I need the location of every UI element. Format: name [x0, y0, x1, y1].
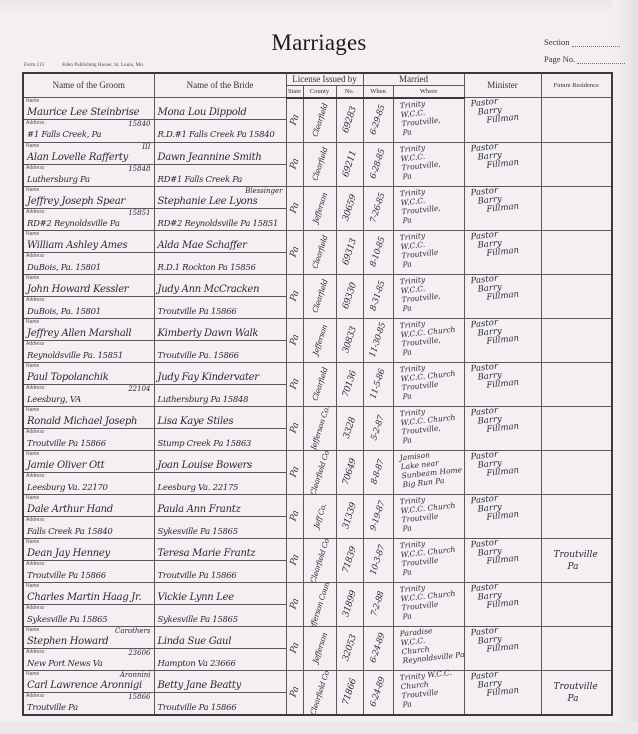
groom-cell: Name Jamie Oliver Ott Address Leesburg V…	[23, 450, 154, 494]
marriage-place: TrinityW.C.C. ChurchTroutvillePa	[394, 355, 468, 405]
groom-address: Sykesville Pa 15865	[27, 615, 107, 625]
address-label: Address	[26, 297, 44, 303]
bride-address: Sykesville Pa 15865	[158, 615, 238, 625]
table-row: Name John Howard Kessler Address DuBois,…	[23, 274, 612, 318]
future-residence	[542, 187, 612, 197]
license-number: 70136	[341, 370, 359, 399]
groom-name: Stephen Howard	[27, 636, 108, 647]
when-cell: 9-19-87	[363, 494, 393, 538]
bride-name: Judy Ann McCracken	[158, 284, 260, 295]
bride-name: Lisa Kaye Stiles	[158, 416, 234, 427]
county-cell: Clearfield	[303, 142, 336, 186]
state-cell: Pa	[286, 406, 303, 450]
minister-name: PastorBarryFillman	[465, 487, 545, 538]
future-residence	[542, 495, 612, 505]
county-cell: Clearfield	[303, 362, 336, 406]
address-label: Address	[26, 693, 44, 699]
future-residence	[542, 231, 612, 241]
marriage-place: TrinityW.C.C. ChurchTroutville,Pa	[394, 311, 468, 361]
groom-address: Falls Creek Pa 15840	[27, 527, 113, 537]
address-label: Address	[26, 517, 44, 523]
groom-cell: Name John Howard Kessler Address DuBois,…	[23, 274, 154, 318]
marriage-date: 6-29-85	[369, 104, 388, 136]
name-label: Name	[26, 539, 39, 545]
groom-name: Alan Lovelle Rafferty	[27, 152, 128, 163]
license-county: Clearfield	[310, 278, 329, 314]
groom-address-note: 22104	[128, 385, 150, 393]
future-residence-line: Troutville	[554, 549, 612, 561]
bride-address: Troutville Pa 15866	[158, 571, 237, 581]
groom-cell: Name Dale Arthur Hand Address Falls Cree…	[23, 494, 154, 538]
license-number-cell: 69283	[336, 98, 363, 143]
minister-name: PastorBarryFillman	[465, 531, 545, 582]
state-cell: Pa	[286, 362, 303, 406]
groom-address: DuBois, Pa. 15801	[27, 263, 101, 273]
marriage-date: 7-2-88	[369, 590, 386, 617]
where-cell: TrinityW.C.C.TroutvillePa	[393, 230, 464, 274]
marriage-place: TrinityW.C.C.Troutville,Pa	[394, 179, 468, 229]
bride-cell: Judy Fay Kindervater Luthersburg Pa 1584…	[154, 362, 286, 406]
bride-address: R.D.1 Rockton Pa 15856	[158, 263, 256, 273]
bride-address: RD#1 Falls Creek Pa	[158, 175, 243, 185]
marriage-date: 10-3-87	[369, 544, 388, 576]
license-state: Pa	[288, 289, 301, 302]
license-state: Pa	[288, 597, 301, 610]
county-cell: Jefferson Co.	[303, 406, 336, 450]
groom-name: Dale Arthur Hand	[27, 504, 113, 515]
county-cell: Jefferson	[303, 186, 336, 230]
header-license: License Issued by	[286, 73, 363, 86]
groom-cell: Name Jeffrey Allen Marshall Address Reyn…	[23, 318, 154, 362]
license-state: Pa	[288, 509, 301, 522]
license-county: Jefferson	[310, 192, 328, 225]
marriage-place: TrinityW.C.C. ChurchTroutvillePa	[394, 531, 468, 581]
table-row: Name Jamie Oliver Ott Address Leesburg V…	[23, 450, 612, 494]
license-county: Jeff Co.	[311, 502, 327, 529]
license-county: Jefferson Co.	[308, 407, 331, 450]
name-label: Name	[26, 187, 39, 193]
groom-name: Ronald Michael Joseph	[27, 416, 137, 427]
license-state: Pa	[288, 641, 301, 654]
license-state: Pa	[288, 465, 301, 478]
marriage-date: 11-30-85	[368, 321, 389, 358]
license-county: Jefferson County	[306, 583, 333, 626]
county-cell: Jeff Co.	[303, 494, 336, 538]
scanner-background	[0, 722, 638, 734]
bride-cell: Kimberly Dawn Walk Troutville Pa. 15866	[154, 318, 286, 362]
marriage-register-table: Name of the Groom Name of the Bride Lice…	[22, 72, 613, 716]
bride-cell: Judy Ann McCracken Troutville Pa 15866	[154, 274, 286, 318]
table-row: Name Charles Martin Haag Jr. Address Syk…	[23, 582, 612, 626]
groom-address-note: 15851	[128, 209, 150, 217]
table-row: Name Dale Arthur Hand Address Falls Cree…	[23, 494, 612, 538]
license-county: Clearfield	[310, 234, 329, 270]
where-cell: TrinityW.C.C.Troutville,Pa	[393, 142, 464, 186]
license-county: Clearfield	[310, 366, 329, 402]
groom-address: Troutville Pa	[27, 703, 78, 713]
when-cell: 6-29-85	[363, 98, 393, 143]
marriage-date: 6-24-89	[369, 632, 388, 664]
name-label: Name	[26, 98, 39, 104]
license-state: Pa	[288, 201, 301, 214]
license-number: 3328	[341, 416, 357, 440]
license-county: Clearfield Co.	[308, 451, 331, 494]
groom-cell: Name III Alan Lovelle Rafferty Address 1…	[23, 142, 154, 186]
groom-name-note: Carothers	[115, 627, 151, 635]
where-cell: TrinityW.C.C. ChurchTroutvillePa	[393, 582, 464, 626]
groom-name: John Howard Kessler	[27, 284, 128, 295]
license-state: Pa	[288, 333, 301, 346]
page-number-blank	[577, 55, 625, 64]
groom-cell: Name Aronnini Carl Lawrence Aronnigi Add…	[23, 670, 154, 715]
address-label: Address	[26, 165, 44, 171]
bride-address: Troutville Pa 15866	[158, 307, 237, 317]
county-cell: Jefferson County	[303, 582, 336, 626]
license-number-cell: 31899	[336, 582, 363, 626]
name-label: Name	[26, 407, 39, 413]
license-number: 71839	[341, 546, 359, 575]
county-cell: Clearfield	[303, 230, 336, 274]
minister-name: PastorBarryFillman	[465, 311, 545, 362]
bride-name-note: Blessinger	[245, 187, 282, 195]
bride-name: Paula Ann Frantz	[158, 504, 241, 515]
bride-name: Alda Mae Schaffer	[158, 240, 247, 251]
table-row: Name Paul Topolanchik Address 22104 Lees…	[23, 362, 612, 406]
name-label: Name	[26, 143, 39, 149]
license-number: 70649	[341, 458, 359, 487]
future-residence-line: Pa	[554, 693, 612, 705]
license-number: 69283	[341, 106, 359, 135]
table-row: Name Jeffrey Joseph Spear Address 15851 …	[23, 186, 612, 230]
marriage-place: TrinityW.C.C. ChurchTroutvillePa	[394, 487, 468, 537]
license-number-cell: 69211	[336, 142, 363, 186]
marriage-date: 8-8-87	[369, 458, 386, 485]
minister-name: PastorBarryFillman	[465, 663, 545, 714]
state-cell: Pa	[286, 186, 303, 230]
license-number: 69211	[341, 150, 359, 179]
future-residence-cell	[541, 626, 612, 670]
bride-address: Sykesville Pa 15865	[158, 527, 238, 537]
county-cell: Clearfield Co.	[303, 450, 336, 494]
groom-name: William Ashley Ames	[27, 240, 127, 251]
marriage-place: TrinityW.C.C. ChurchTroutville,Pa	[394, 399, 468, 449]
license-number: 31899	[341, 590, 359, 619]
bride-name: Joan Louise Bowers	[158, 460, 253, 471]
groom-name: Maurice Lee Steinbrise	[27, 107, 139, 118]
groom-address-note: 15840	[128, 120, 150, 128]
form-number: Form 115	[24, 63, 44, 68]
when-cell: 6-24-89	[363, 626, 393, 670]
license-county: Clearfield Co.	[308, 539, 331, 582]
header-bride: Name of the Bride	[154, 73, 286, 98]
license-number: 30659	[341, 194, 359, 223]
license-number-cell: 71866	[336, 670, 363, 715]
license-number: 32053	[341, 634, 359, 663]
form-imprint: Form 115Eden Publishing House, St. Louis…	[24, 63, 162, 68]
future-residence-cell: TroutvillePa	[541, 670, 612, 715]
marriage-place: TrinityW.C.C.Troutville,Pa	[394, 91, 468, 141]
future-residence-cell	[541, 274, 612, 318]
bride-cell: Alda Mae Schaffer R.D.1 Rockton Pa 15856	[154, 230, 286, 274]
future-residence	[542, 143, 612, 153]
license-state: Pa	[288, 553, 301, 566]
when-cell: 6-28-85	[363, 142, 393, 186]
future-residence	[542, 451, 612, 461]
bride-cell: Joan Louise Bowers Leesburg Va. 22175	[154, 450, 286, 494]
groom-cell: Name Paul Topolanchik Address 22104 Lees…	[23, 362, 154, 406]
future-residence-line: Pa	[554, 561, 612, 573]
bride-cell: Linda Sue Gaul Hampton Va 23666	[154, 626, 286, 670]
minister-name: PastorBarryFillman	[465, 355, 545, 406]
marriage-date: 11-5-86	[369, 368, 388, 400]
groom-address: Troutville Pa 15866	[27, 571, 106, 581]
bride-name: Kimberly Dawn Walk	[158, 328, 259, 339]
groom-cell: Name Dean Jay Henney Address Troutville …	[23, 538, 154, 582]
future-residence-cell	[541, 98, 612, 143]
name-label: Name	[26, 363, 39, 369]
when-cell: 11-30-85	[363, 318, 393, 362]
header-future-residence: Future Residence	[541, 73, 612, 98]
license-state: Pa	[288, 421, 301, 434]
table-row: Name Jeffrey Allen Marshall Address Reyn…	[23, 318, 612, 362]
future-residence	[542, 363, 612, 373]
page-shadow	[612, 0, 638, 734]
county-cell: Jefferson	[303, 318, 336, 362]
marriage-date: 6-28-85	[369, 148, 388, 180]
license-county: Jefferson	[310, 632, 328, 665]
groom-cell: Name Charles Martin Haag Jr. Address Syk…	[23, 582, 154, 626]
county-cell: Clearfield Co.	[303, 670, 336, 715]
name-label: Name	[26, 319, 39, 325]
license-number: 69330	[341, 282, 359, 311]
state-cell: Pa	[286, 230, 303, 274]
section-field: Section	[544, 37, 636, 47]
groom-cell: Name Carothers Stephen Howard Address 23…	[23, 626, 154, 670]
state-cell: Pa	[286, 582, 303, 626]
table-row: Name William Ashley Ames Address DuBois,…	[23, 230, 612, 274]
bride-address: Stump Creek Pa 15863	[158, 439, 252, 449]
when-cell: 8-31-85	[363, 274, 393, 318]
address-label: Address	[26, 429, 44, 435]
address-label: Address	[26, 209, 44, 215]
groom-address: RD#2 Reynoldsville Pa	[27, 219, 120, 229]
page-number-label: Page No.	[544, 54, 575, 64]
bride-address: Leesburg Va. 22175	[158, 483, 239, 493]
name-label: Name	[26, 495, 39, 501]
license-number: 71866	[341, 678, 359, 707]
license-number-cell: 70136	[336, 362, 363, 406]
records-body: Name Maurice Lee Steinbrise Address 1584…	[23, 98, 612, 715]
address-label: Address	[26, 253, 44, 259]
license-number-cell: 71839	[336, 538, 363, 582]
future-residence-cell: TroutvillePa	[541, 538, 612, 582]
license-number-cell: 32053	[336, 626, 363, 670]
state-cell: Pa	[286, 98, 303, 143]
future-residence-cell	[541, 186, 612, 230]
marriage-date: 8-10-85	[369, 236, 388, 268]
license-state: Pa	[288, 245, 301, 258]
future-residence-cell	[541, 494, 612, 538]
marriage-date: 9-19-87	[369, 500, 388, 532]
license-county: Clearfield Co.	[308, 671, 331, 714]
groom-cell: Name William Ashley Ames Address DuBois,…	[23, 230, 154, 274]
license-county: Jefferson	[310, 324, 328, 357]
county-cell: Clearfield Co.	[303, 538, 336, 582]
marriage-place: TrinityW.C.C. ChurchTroutvillePa	[394, 575, 468, 625]
groom-name-note: III	[142, 143, 150, 151]
bride-name: Betty Jane Beatty	[158, 680, 241, 691]
where-cell: TrinityW.C.C. ChurchTroutvillePa	[393, 538, 464, 582]
state-cell: Pa	[286, 450, 303, 494]
marriage-date: 8-31-85	[369, 280, 388, 312]
future-residence: TroutvillePa	[542, 539, 612, 573]
state-cell: Pa	[286, 626, 303, 670]
minister-name: PastorBarryFillman	[465, 90, 545, 141]
where-cell: TrinityW.C.C. ChurchTroutvillePa	[393, 494, 464, 538]
when-cell: 6-24-89	[363, 670, 393, 715]
bride-address: Hampton Va 23666	[158, 659, 236, 669]
marriage-place: TrinityW.C.C.Troutville,Pa	[394, 135, 468, 185]
groom-address: Leesburg, VA	[27, 395, 81, 405]
groom-name: Jeffrey Allen Marshall	[27, 328, 131, 339]
future-residence-cell	[541, 230, 612, 274]
license-number-cell: 30833	[336, 318, 363, 362]
table-row: Name Maurice Lee Steinbrise Address 1584…	[23, 98, 612, 143]
name-label: Name	[26, 583, 39, 589]
groom-name-note: Aronnini	[120, 671, 151, 679]
bride-cell: Teresa Marie Frantz Troutville Pa 15866	[154, 538, 286, 582]
bride-address: Troutville Pa. 15866	[158, 351, 239, 361]
section-label: Section	[544, 37, 570, 47]
state-cell: Pa	[286, 538, 303, 582]
where-cell: TrinityW.C.C.Troutville,Pa	[393, 98, 464, 143]
when-cell: 10-3-87	[363, 538, 393, 582]
table-row: Name III Alan Lovelle Rafferty Address 1…	[23, 142, 612, 186]
state-cell: Pa	[286, 274, 303, 318]
county-cell: Jefferson	[303, 626, 336, 670]
license-state: Pa	[288, 113, 301, 126]
bride-name: Stephanie Lee Lyons	[158, 196, 258, 207]
when-cell: 11-5-86	[363, 362, 393, 406]
bride-cell: Betty Jane Beatty Troutville Pa 15866	[154, 670, 286, 715]
where-cell: TrinityW.C.C.Troutville,Pa	[393, 186, 464, 230]
bride-cell: Blessinger Stephanie Lee Lyons RD#2 Reyn…	[154, 186, 286, 230]
groom-name: Carl Lawrence Aronnigi	[27, 680, 142, 691]
where-cell: TrinityW.C.C. ChurchTroutville,Pa	[393, 406, 464, 450]
name-label: Name	[26, 671, 39, 677]
license-number-cell: 70649	[336, 450, 363, 494]
groom-cell: Name Maurice Lee Steinbrise Address 1584…	[23, 98, 154, 143]
bride-cell: Lisa Kaye Stiles Stump Creek Pa 15863	[154, 406, 286, 450]
bride-name: Teresa Marie Frantz	[158, 548, 256, 559]
license-county: Clearfield	[310, 102, 329, 138]
future-residence-cell	[541, 318, 612, 362]
license-county: Clearfield	[310, 146, 329, 182]
groom-address: Troutville Pa 15866	[27, 439, 106, 449]
marriage-place: Trinity W.C.C.ChurchTroutvillePa	[394, 663, 468, 713]
header-county: County	[303, 86, 336, 98]
license-number-cell: 69330	[336, 274, 363, 318]
future-residence-line: Troutville	[554, 681, 612, 693]
bride-cell: Dawn Jeannine Smith RD#1 Falls Creek Pa	[154, 142, 286, 186]
groom-cell: Name Ronald Michael Joseph Address Trout…	[23, 406, 154, 450]
groom-address: New Port News Va	[27, 659, 103, 669]
header-when: When	[363, 86, 393, 98]
groom-cell: Name Jeffrey Joseph Spear Address 15851 …	[23, 186, 154, 230]
minister-name: PastorBarryFillman	[465, 179, 545, 230]
minister-name: PastorBarryFillman	[465, 399, 545, 450]
minister-name: PastorBarryFillman	[465, 575, 545, 626]
section-blank	[572, 38, 620, 47]
groom-address-note: 15848	[128, 165, 150, 173]
groom-address: DuBois, Pa. 15801	[27, 307, 101, 317]
minister-cell: PastorBarryFillman	[464, 670, 541, 715]
table-row: Name Aronnini Carl Lawrence Aronnigi Add…	[23, 670, 612, 715]
marriage-place: ParadiseW.C.C.ChurchReynoldsville Pa	[394, 619, 468, 669]
future-residence	[542, 275, 612, 285]
address-label: Address	[26, 605, 44, 611]
future-residence	[542, 319, 612, 329]
license-number-cell: 30659	[336, 186, 363, 230]
when-cell: 7-26-85	[363, 186, 393, 230]
license-number-cell: 31339	[336, 494, 363, 538]
when-cell: 8-8-87	[363, 450, 393, 494]
license-number-cell: 3328	[336, 406, 363, 450]
minister-name: PastorBarryFillman	[465, 223, 545, 274]
bride-cell: Vickie Lynn Lee Sykesville Pa 15865	[154, 582, 286, 626]
where-cell: JamisonLake nearSunbeam HomeBig Run Pa	[393, 450, 464, 494]
bride-name: Vickie Lynn Lee	[158, 592, 234, 603]
name-label: Name	[26, 275, 39, 281]
address-label: Address	[26, 385, 44, 391]
state-cell: Pa	[286, 318, 303, 362]
where-cell: TrinityW.C.C. ChurchTroutvillePa	[393, 362, 464, 406]
groom-address: Reynoldsville Pa. 15851	[27, 351, 123, 361]
groom-address-note: 23606	[128, 649, 150, 657]
license-number-cell: 69313	[336, 230, 363, 274]
header-state: State	[286, 86, 303, 98]
where-cell: ParadiseW.C.C.ChurchReynoldsville Pa	[393, 626, 464, 670]
groom-address: Leesburg Va. 22170	[27, 483, 108, 493]
groom-name: Dean Jay Henney	[27, 548, 110, 559]
groom-address-note: 15866	[128, 693, 150, 701]
state-cell: Pa	[286, 670, 303, 715]
future-residence-cell	[541, 582, 612, 626]
bride-address: R.D.#1 Falls Creek Pa 15840	[158, 130, 275, 140]
table-row: Name Dean Jay Henney Address Troutville …	[23, 538, 612, 582]
publisher: Eden Publishing House, St. Louis, Mo.	[62, 63, 144, 68]
future-residence	[542, 98, 612, 108]
table-row: Name Carothers Stephen Howard Address 23…	[23, 626, 612, 670]
page-number-field: Page No.	[544, 54, 636, 64]
future-residence-cell	[541, 362, 612, 406]
bride-name: Mona Lou Dippold	[158, 107, 247, 118]
minister-name: PastorBarryFillman	[465, 267, 545, 318]
address-label: Address	[26, 341, 44, 347]
name-label: Name	[26, 451, 39, 457]
future-residence	[542, 583, 612, 593]
groom-address: #1 Falls Creek, Pa	[27, 130, 101, 140]
bride-cell: Mona Lou Dippold R.D.#1 Falls Creek Pa 1…	[154, 98, 286, 143]
page-title: Marriages	[0, 30, 638, 56]
license-state: Pa	[288, 157, 301, 170]
license-number: 31339	[341, 502, 359, 531]
address-label: Address	[26, 649, 44, 655]
license-number: 69313	[341, 238, 359, 267]
when-cell: 5-2-87	[363, 406, 393, 450]
county-cell: Clearfield	[303, 98, 336, 143]
name-label: Name	[26, 231, 39, 237]
